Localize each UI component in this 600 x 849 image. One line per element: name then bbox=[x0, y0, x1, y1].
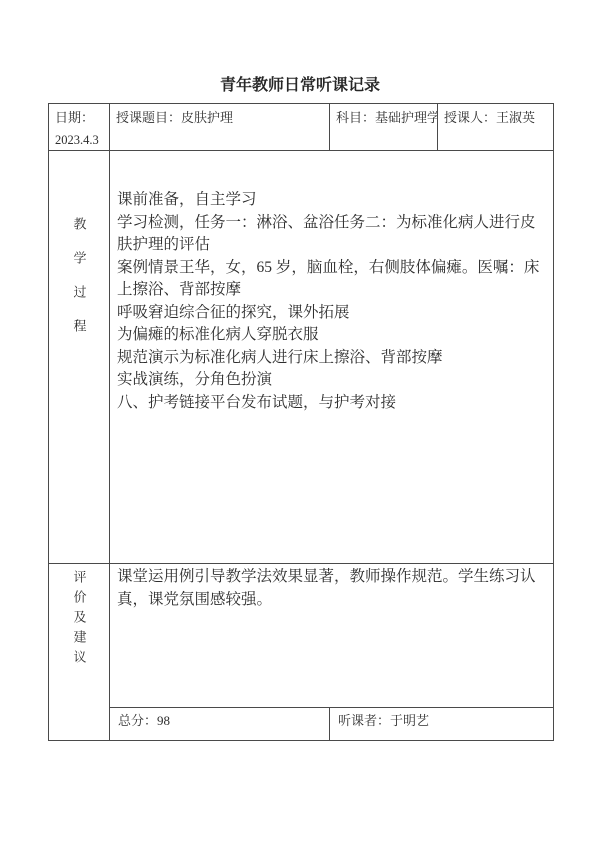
footer-row: 总分：98 听课者：于明艺 bbox=[49, 708, 554, 741]
process-line: 学习检测，任务一：淋浴、盆浴任务二：为标准化病人进行皮 bbox=[117, 212, 553, 235]
observation-record-table: 日期： 2023.4.3 授课题目：皮肤护理 科目：基础护理学 授课人：王淑英 … bbox=[48, 103, 554, 741]
process-content: 课前准备，自主学习 学习检测，任务一：淋浴、盆浴任务二：为标准化病人进行皮 肤护… bbox=[110, 151, 554, 564]
evaluation-line: 真，课党氛围感较强。 bbox=[117, 589, 553, 612]
process-line: 上擦浴、背部按摩 bbox=[117, 279, 553, 302]
subject-value: 基础护理学 bbox=[375, 110, 437, 125]
date-value: 2023.4.3 bbox=[55, 131, 105, 150]
process-line: 八、护考链接平台发布试题，与护考对接 bbox=[117, 392, 553, 415]
teacher-field: 授课人：王淑英 bbox=[438, 104, 554, 151]
teacher-label: 授课人： bbox=[444, 110, 496, 125]
page-title: 青年教师日常听课记录 bbox=[0, 72, 600, 95]
evaluation-row: 评价及建议 课堂运用例引导教学法效果显著，教师操作规范。学生练习认 真，课党氛围… bbox=[49, 564, 554, 708]
date-label: 日期： bbox=[55, 108, 105, 127]
topic-label: 授课题目： bbox=[116, 110, 181, 125]
evaluation-line: 课堂运用例引导教学法效果显著，教师操作规范。学生练习认 bbox=[117, 566, 553, 589]
process-label: 教学过程 bbox=[70, 217, 89, 353]
observer-field: 听课者：于明艺 bbox=[330, 708, 554, 741]
process-line: 实战演练，分角色扮演 bbox=[117, 369, 553, 392]
process-line: 呼吸窘迫综合征的探究，课外拓展 bbox=[117, 302, 553, 325]
evaluation-content: 课堂运用例引导教学法效果显著，教师操作规范。学生练习认 真，课党氛围感较强。 bbox=[110, 564, 554, 708]
teacher-value: 王淑英 bbox=[496, 110, 535, 125]
score-label: 总分： bbox=[118, 713, 157, 728]
observer-label: 听课者： bbox=[338, 713, 390, 728]
process-label-cell: 教学过程 bbox=[49, 151, 110, 564]
process-line: 规范演示为标准化病人进行床上擦浴、背部按摩 bbox=[117, 347, 553, 370]
score-field: 总分：98 bbox=[110, 708, 330, 741]
process-line: 课前准备，自主学习 bbox=[117, 189, 553, 212]
process-line: 为偏瘫的标准化病人穿脱衣服 bbox=[117, 324, 553, 347]
header-row: 日期： 2023.4.3 授课题目：皮肤护理 科目：基础护理学 授课人：王淑英 bbox=[49, 104, 554, 151]
evaluation-label-cell: 评价及建议 bbox=[49, 564, 110, 741]
subject-field: 科目：基础护理学 bbox=[330, 104, 438, 151]
date-field: 日期： 2023.4.3 bbox=[49, 104, 110, 151]
subject-label: 科目： bbox=[336, 110, 375, 125]
process-row: 教学过程 课前准备，自主学习 学习检测，任务一：淋浴、盆浴任务二：为标准化病人进… bbox=[49, 151, 554, 564]
topic-value: 皮肤护理 bbox=[181, 110, 233, 125]
process-line: 肤护理的评估 bbox=[117, 234, 553, 257]
process-line: 案例情景王华，女，65 岁，脑血栓，右侧肢体偏瘫。医嘱：床 bbox=[117, 257, 553, 280]
topic-field: 授课题目：皮肤护理 bbox=[110, 104, 330, 151]
evaluation-label: 评价及建议 bbox=[70, 570, 89, 670]
score-value: 98 bbox=[157, 713, 170, 728]
observer-value: 于明艺 bbox=[390, 713, 429, 728]
